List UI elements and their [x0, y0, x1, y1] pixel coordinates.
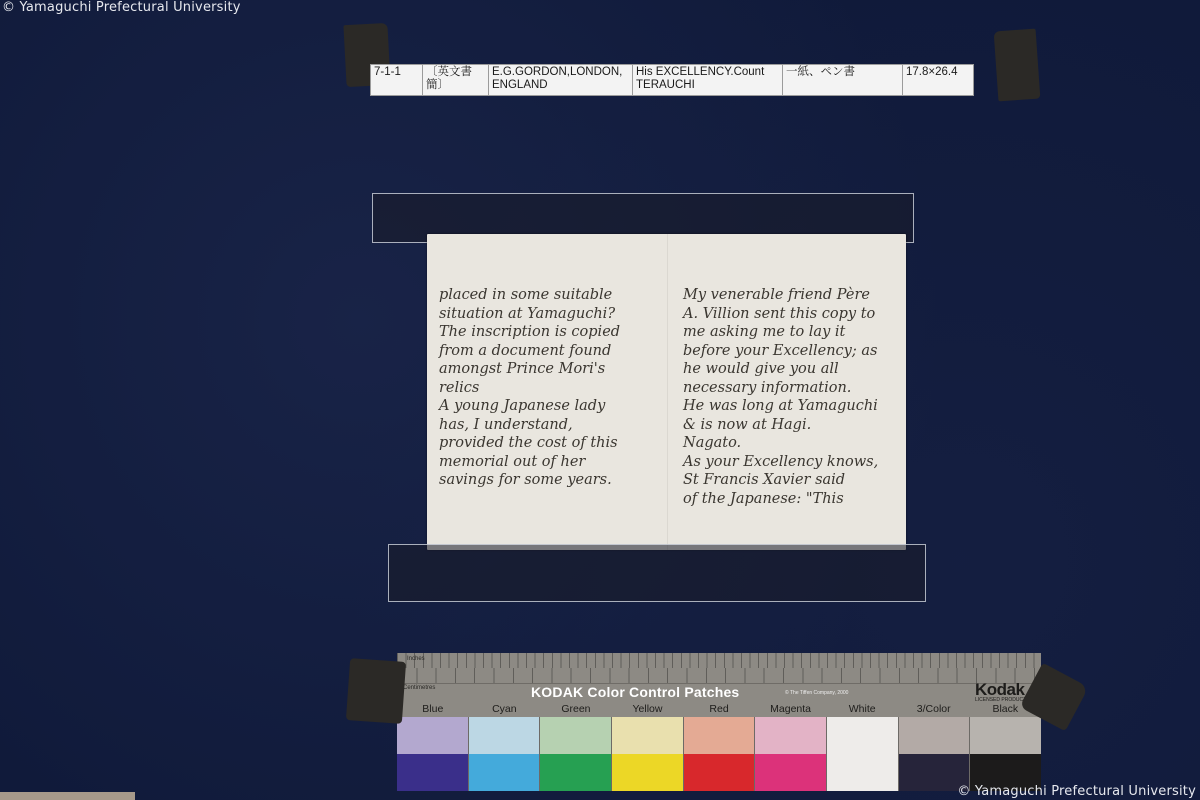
- color-patch-white: [827, 717, 899, 791]
- letter-line: amongst Prince Mori's: [439, 360, 664, 379]
- color-patch-red: [684, 717, 756, 791]
- letter-line: placed in some suitable: [439, 286, 664, 305]
- letter-line: necessary information.: [683, 379, 905, 398]
- letter-line: relics: [439, 379, 664, 398]
- letter-line: The inscription is copied: [439, 323, 664, 342]
- kodak-color-control-chart: Inches Centimetres KODAK Color Control P…: [397, 653, 1041, 791]
- chart-copyright: © The Tiffen Company, 2000: [785, 690, 848, 696]
- patch-light: [469, 717, 540, 754]
- letter-line: Nagato.: [683, 434, 905, 453]
- catalog-format: 一紙、ペン書: [783, 65, 903, 95]
- patch-light: [827, 717, 898, 754]
- measurement-ruler: [397, 653, 1041, 684]
- color-patch-row: [397, 717, 1041, 791]
- patch-label: Green: [540, 703, 612, 715]
- patch-light: [899, 717, 970, 754]
- chart-title: KODAK Color Control Patches: [531, 684, 739, 700]
- letter-line: he would give you all: [683, 360, 905, 379]
- letter-right-column: My venerable friend Père A. Villion sent…: [683, 286, 905, 508]
- letter-line: & is now at Hagi.: [683, 416, 905, 435]
- color-patch-black: [970, 717, 1041, 791]
- letter-line: memorial out of her: [439, 453, 664, 472]
- catalog-size: 17.8×26.4: [903, 65, 973, 95]
- patch-dark: [827, 754, 898, 791]
- patch-label: 3/Color: [898, 703, 970, 715]
- patch-dark: [684, 754, 755, 791]
- letter-line: A. Villion sent this copy to: [683, 305, 905, 324]
- letter-line: A young Japanese lady: [439, 397, 664, 416]
- tape-piece: [994, 29, 1041, 102]
- letter-line: St Francis Xavier said: [683, 471, 905, 490]
- letter-fold: [667, 234, 668, 550]
- color-patch-cyan: [469, 717, 541, 791]
- letter-line: As your Excellency knows,: [683, 453, 905, 472]
- catalog-category: 〔英文書簡〕: [423, 65, 489, 95]
- patch-dark: [540, 754, 611, 791]
- patch-dark: [755, 754, 826, 791]
- letter-left-column: placed in some suitable situation at Yam…: [439, 286, 664, 490]
- letter-line: My venerable friend Père: [683, 286, 905, 305]
- patch-light: [755, 717, 826, 754]
- inch-ticks: [397, 653, 1041, 668]
- patch-light: [397, 717, 468, 754]
- catalog-label: 7-1-1 〔英文書簡〕 E.G.GORDON,LONDON, ENGLAND …: [370, 64, 974, 96]
- table-edge: [0, 792, 135, 800]
- letter-line: situation at Yamaguchi?: [439, 305, 664, 324]
- centimetre-ticks: [397, 668, 1041, 683]
- patch-label: White: [826, 703, 898, 715]
- color-patch-yellow: [612, 717, 684, 791]
- patch-label: Red: [683, 703, 755, 715]
- catalog-id: 7-1-1: [371, 65, 423, 95]
- letter-line: provided the cost of this: [439, 434, 664, 453]
- catalog-sender: E.G.GORDON,LONDON, ENGLAND: [489, 65, 633, 95]
- patch-label: Cyan: [469, 703, 541, 715]
- catalog-recipient: His EXCELLENCY.Count TERAUCHI: [633, 65, 783, 95]
- patch-light: [970, 717, 1041, 754]
- plastic-mount-strip-bottom: [388, 544, 926, 602]
- color-patch-green: [540, 717, 612, 791]
- letter-line: before your Excellency; as: [683, 342, 905, 361]
- color-patch-magenta: [755, 717, 827, 791]
- ruler-cm-label: Centimetres: [403, 685, 435, 691]
- letter-line: from a document found: [439, 342, 664, 361]
- patch-light: [612, 717, 683, 754]
- letter-line: savings for some years.: [439, 471, 664, 490]
- patch-dark: [397, 754, 468, 791]
- copyright-watermark-bottom: © Yamaguchi Prefectural University: [957, 784, 1196, 799]
- patch-label: Yellow: [612, 703, 684, 715]
- patch-light: [540, 717, 611, 754]
- ruler-inches-label: Inches: [407, 656, 425, 662]
- patch-label: Blue: [397, 703, 469, 715]
- patch-name-row: Blue Cyan Green Yellow Red Magenta White…: [397, 703, 1041, 715]
- letter-line: has, I understand,: [439, 416, 664, 435]
- letter-line: of the Japanese: "This: [683, 490, 905, 509]
- copyright-watermark-top: © Yamaguchi Prefectural University: [2, 0, 241, 15]
- color-patch-3-color: [899, 717, 971, 791]
- patch-light: [684, 717, 755, 754]
- patch-label: Magenta: [755, 703, 827, 715]
- handwritten-letter: placed in some suitable situation at Yam…: [427, 234, 906, 550]
- tape-piece: [346, 658, 406, 724]
- color-patch-blue: [397, 717, 469, 791]
- patch-dark: [469, 754, 540, 791]
- letter-line: He was long at Yamaguchi: [683, 397, 905, 416]
- patch-dark: [612, 754, 683, 791]
- letter-line: me asking me to lay it: [683, 323, 905, 342]
